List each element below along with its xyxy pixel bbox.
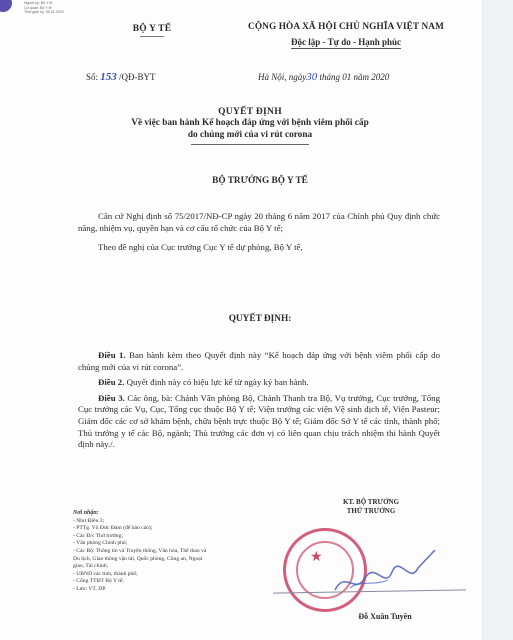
article-2: Điều 2. Quyết định này có hiệu lực kể từ… xyxy=(78,377,440,389)
document-title-block: QUYẾT ĐỊNH Về việc ban hành Kế hoạch đáp… xyxy=(60,107,440,145)
recipients-title: Nơi nhận: xyxy=(73,510,213,518)
signature-logo-icon xyxy=(0,0,12,12)
preamble-paragraph: Căn cứ Nghị định số 75/2017/NĐ-CP ngày 2… xyxy=(78,211,440,234)
digital-signature-note: Người ký: Bộ Y tế Cơ quan: Bộ Y tế Thời … xyxy=(0,0,110,22)
document-number-value: 153 xyxy=(100,71,117,83)
preamble: Căn cứ Nghị định số 75/2017/NĐ-CP ngày 2… xyxy=(78,211,440,254)
national-motto: Độc lập - Tự do - Hạnh phúc xyxy=(291,37,401,49)
article-3: Điều 3. Các ông, bà: Chánh Văn phòng Bộ,… xyxy=(78,393,440,451)
recipient-item: - Các Bộ: Thông tin và Truyền thông, Văn… xyxy=(73,548,213,571)
recipient-item: - PTTg. Vũ Đức Đam (để báo cáo); xyxy=(73,525,213,533)
decision-heading: QUYẾT ĐỊNH: xyxy=(80,314,440,324)
divider xyxy=(191,144,309,145)
document-subtitle-line-2: do chủng mới của vi rút corona xyxy=(60,129,440,141)
document-subtitle-line-1: Về việc ban hành Kế hoạch đáp ứng với bệ… xyxy=(60,117,440,129)
recipient-item: - Lưu: VT, DP. xyxy=(73,586,213,594)
document-title: QUYẾT ĐỊNH xyxy=(60,107,440,117)
document-number: Số: 153 /QĐ-BYT xyxy=(86,71,156,83)
date-day: 30 xyxy=(306,71,317,83)
star-icon: ★ xyxy=(310,549,323,566)
recipient-item: - Các Đ/c Thứ trưởng; xyxy=(73,533,213,541)
issuer-title: BỘ TRƯỞNG BỘ Y TẾ xyxy=(80,176,440,186)
articles: Điều 1. Ban hành kèm theo Quyết định này… xyxy=(78,350,440,451)
preamble-paragraph: Theo đề nghị của Cục trưởng Cục Y tế dự … xyxy=(78,242,440,254)
organization-name: BỘ Y TẾ xyxy=(92,24,212,34)
nation-name: CỘNG HÒA XÃ HỘI CHỦ NGHĨA VIỆT NAM xyxy=(212,22,480,32)
article-1: Điều 1. Ban hành kèm theo Quyết định này… xyxy=(78,350,440,373)
signer-name: Đỗ Xuân Tuyên xyxy=(310,612,460,621)
document-page: Người ký: Bộ Y tế Cơ quan: Bộ Y tế Thời … xyxy=(0,0,482,640)
divider xyxy=(140,36,164,37)
corner-line: Thời gian ký: 30.01.2020 xyxy=(24,10,104,15)
national-header-block: CỘNG HÒA XÃ HỘI CHỦ NGHĨA VIỆT NAM Độc l… xyxy=(212,22,480,50)
signature-title: KT. BỘ TRƯỞNG THỨ TRƯỞNG xyxy=(296,498,446,516)
recipient-item: - Cổng TTĐT Bộ Y tế; xyxy=(73,578,213,586)
issuing-organization-block: BỘ Y TẾ xyxy=(92,24,212,37)
recipients-list: Nơi nhận: - Như Điều 3; - PTTg. Vũ Đức Đ… xyxy=(73,510,213,594)
recipient-item: - Văn phòng Chính phủ; xyxy=(73,540,213,548)
place-and-date: Hà Nội, ngày30 tháng 01 năm 2020 xyxy=(258,71,389,83)
handwritten-signature-icon xyxy=(330,550,440,610)
page-edge-shadow xyxy=(482,0,513,640)
